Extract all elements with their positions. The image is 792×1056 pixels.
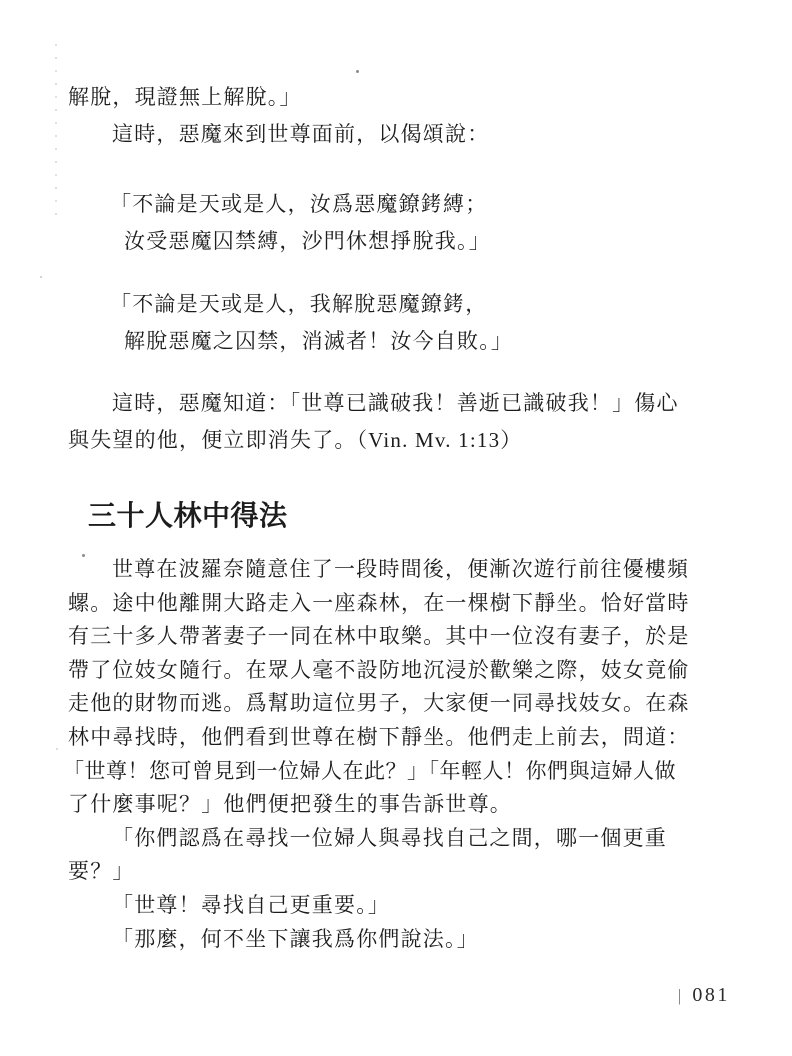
text-line: 這時，惡魔知道：「世尊已識破我！善逝已識破我！」傷心 (68, 385, 728, 422)
text-line: 世尊在波羅奈隨意住了一段時間後，便漸次遊行前往優樓頻 (68, 553, 728, 587)
scan-speck (356, 70, 359, 73)
scan-speck (56, 748, 58, 750)
scan-speck (40, 276, 42, 278)
text-line: 有三十多人帶著妻子一同在林中取樂。其中一位沒有妻子，於是 (68, 620, 728, 654)
verse-block-mara: 「不論是天或是人，汝爲惡魔鐐銬縛； 汝受惡魔囚禁縛，沙門休想掙脫我。」 (68, 186, 728, 261)
text-line: 走他的財物而逃。爲幫助這位男子，大家便一同尋找妓女。在森 (68, 687, 728, 721)
text-line: 與失望的他，便立即消失了。（Vin. Mv. 1:13） (68, 422, 728, 459)
text-line: 要？」 (68, 855, 728, 889)
page-number: 081 (692, 984, 730, 1007)
verse-block-buddha: 「不論是天或是人，我解脫惡魔鐐銬， 解脫惡魔之囚禁，消滅者！汝今自敗。」 (68, 286, 728, 361)
verse-line: 汝受惡魔囚禁縛，沙門休想掙脫我。」 (68, 223, 728, 260)
page-footer: | 081 (678, 984, 730, 1007)
text-line: 「世尊！尋找自己更重要。」 (68, 889, 728, 923)
text-line: 林中尋找時，他們看到世尊在樹下靜坐。他們走上前去，問道： (68, 721, 728, 755)
text-line: 「你們認爲在尋找一位婦人與尋找自己之間，哪一個更重 (68, 822, 728, 856)
text-line: 螺。途中他離開大路走入一座森林，在一棵樹下靜坐。恰好當時 (68, 587, 728, 621)
paragraph-block-mara-departs: 這時，惡魔知道：「世尊已識破我！善逝已識破我！」傷心 與失望的他，便立即消失了。… (68, 385, 728, 460)
book-page: 解脫，現證無上解脫。」 這時，惡魔來到世尊面前，以偈頌說： 「不論是天或是人，汝… (0, 0, 792, 1056)
verse-line: 「不論是天或是人，汝爲惡魔鐐銬縛； (68, 186, 728, 223)
scan-artifact-left-margin (55, 44, 57, 219)
section-heading: 三十人林中得法 (88, 500, 288, 534)
folio-separator: | (679, 986, 681, 1006)
paragraph-block-top: 解脫，現證無上解脫。」 這時，惡魔來到世尊面前，以偈頌說： (68, 79, 728, 154)
verse-line: 解脫惡魔之囚禁，消滅者！汝今自敗。」 (68, 323, 728, 360)
text-line: 解脫，現證無上解脫。」 (68, 79, 728, 116)
verse-line: 「不論是天或是人，我解脫惡魔鐐銬， (68, 286, 728, 323)
text-line: 「那麼，何不坐下讓我爲你們說法。」 (68, 923, 728, 957)
story-block: 世尊在波羅奈隨意住了一段時間後，便漸次遊行前往優樓頻 螺。途中他離開大路走入一座… (68, 553, 728, 956)
text-line: 「世尊！您可曾見到一位婦人在此？」「年輕人！你們與這婦人做 (63, 755, 728, 789)
text-line: 帶了位妓女隨行。在眾人毫不設防地沉浸於歡樂之際，妓女竟偷 (68, 654, 728, 688)
text-line: 這時，惡魔來到世尊面前，以偈頌說： (68, 116, 728, 153)
text-line: 了什麼事呢？」他們便把發生的事告訴世尊。 (68, 788, 728, 822)
